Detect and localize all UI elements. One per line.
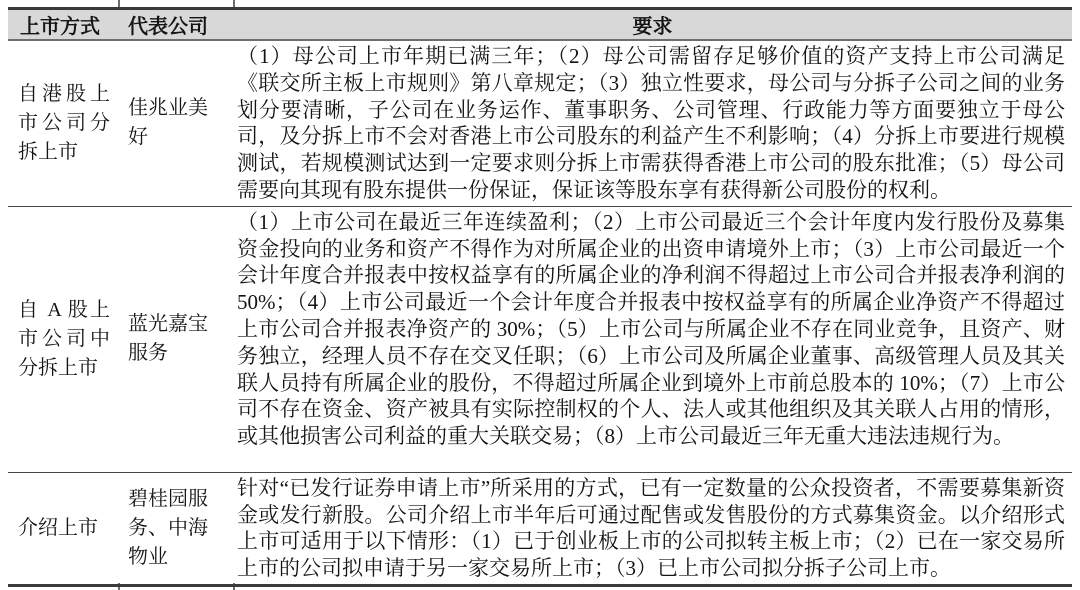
- requirements-cell: （1）上市公司在最近三年连续盈利；（2）上市公司最近三个会计年度内发行股份及募集…: [233, 207, 1072, 472]
- company-cell: 佳兆业美好: [118, 41, 233, 206]
- header-requirements: 要求: [233, 10, 1072, 39]
- listing-method-cell: 自港股上市公司分拆上市: [8, 41, 118, 206]
- table-header-row: 上市方式 代表公司 要求: [8, 10, 1072, 41]
- listing-method-cell: 介绍上市: [8, 473, 118, 584]
- table-row: 自港股上市公司分拆上市 佳兆业美好 （1）母公司上市年期已满三年；（2）母公司需…: [8, 41, 1072, 207]
- company-cell: 碧桂园服务、中海物业: [118, 473, 233, 584]
- table-row: 介绍上市 碧桂园服务、中海物业 针对“已发行证券申请上市”所采用的方式，已有一定…: [8, 473, 1072, 584]
- requirements-cell: （1）母公司上市年期已满三年；（2）母公司需留存足够价值的资产支持上市公司满足《…: [233, 41, 1072, 206]
- column-divider-tick: [118, 0, 120, 7]
- table-row: 自 A 股上市公司中分拆上市 蓝光嘉宝服务 （1）上市公司在最近三年连续盈利；（…: [8, 207, 1072, 473]
- listing-method-cell: 自 A 股上市公司中分拆上市: [8, 207, 118, 472]
- column-divider-tick: [233, 0, 235, 7]
- company-cell: 蓝光嘉宝服务: [118, 207, 233, 472]
- header-listing-method: 上市方式: [8, 10, 118, 39]
- header-representative-company: 代表公司: [118, 10, 233, 39]
- listing-methods-table-page: 上市方式 代表公司 要求 自港股上市公司分拆上市 佳兆业美好 （1）母公司上市年…: [0, 0, 1080, 590]
- requirements-cell: 针对“已发行证券申请上市”所采用的方式，已有一定数量的公众投资者，不需要募集新资…: [233, 473, 1072, 584]
- listing-methods-table: 上市方式 代表公司 要求 自港股上市公司分拆上市 佳兆业美好 （1）母公司上市年…: [8, 7, 1072, 587]
